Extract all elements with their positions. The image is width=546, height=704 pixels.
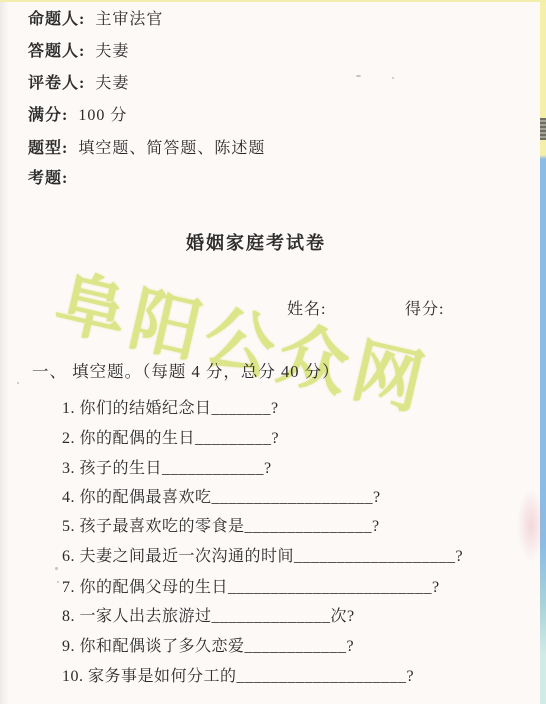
question-item-3: 3. 孩子的生日____________? [62, 455, 272, 478]
scanned-exam-page: 阜阳公众网 命题人:主审法官 答题人:夫妻 评卷人:夫妻 满分:100 分 题型… [0, 0, 546, 704]
scan-pink-smudge [517, 488, 545, 562]
question-item-4: 4. 你的配偶最喜欢吃___________________? [62, 484, 381, 507]
name-field-label: 姓名: [287, 296, 326, 319]
scan-speck [392, 77, 394, 79]
meta-row-setter: 命题人:主审法官 [28, 6, 163, 29]
meta-label: 评卷人: [28, 75, 85, 92]
meta-label: 题型: [28, 140, 68, 157]
meta-label: 命题人: [28, 11, 85, 28]
scan-speck [57, 581, 59, 583]
scan-left-shadow [0, 0, 9, 704]
meta-value: 100 分 [78, 107, 127, 124]
meta-row-exam-questions: 考题: [28, 165, 78, 188]
meta-label: 考题: [28, 170, 68, 187]
meta-row-answerer: 答题人:夫妻 [28, 38, 129, 61]
scan-speck [17, 382, 19, 384]
meta-value: 填空题、简答题、陈述题 [78, 140, 265, 157]
question-item-7: 7. 你的配偶父母的生日________________________? [62, 574, 440, 597]
meta-value: 夫妻 [95, 75, 129, 92]
meta-row-question-types: 题型:填空题、简答题、陈述题 [28, 135, 265, 158]
score-field-label: 得分: [405, 296, 444, 319]
question-item-9: 9. 你和配偶谈了多久恋爱____________? [62, 633, 354, 656]
question-item-1: 1. 你们的结婚纪念日_______? [62, 395, 279, 418]
scan-edge-top-strip [0, 0, 546, 2]
question-item-10: 10. 家务事是如何分工的____________________? [62, 663, 414, 686]
scan-speck [55, 567, 58, 570]
meta-value: 主审法官 [95, 11, 163, 28]
meta-row-full-score: 满分:100 分 [28, 102, 127, 125]
scan-dark-mark [540, 118, 546, 140]
meta-label: 满分: [28, 107, 68, 124]
meta-label: 答题人: [28, 43, 85, 60]
scan-edge-right-strip [540, 0, 546, 704]
section-heading: 一、 填空题。（每题 4 分，总分 40 分） [32, 358, 340, 382]
question-item-5: 5. 孩子最喜欢吃的零食是_______________? [62, 513, 380, 536]
meta-value: 夫妻 [95, 43, 129, 60]
question-item-8: 8. 一家人出去旅游过______________次? [62, 603, 355, 626]
scan-speck [356, 75, 361, 77]
page-title: 婚姻家庭考试卷 [0, 229, 512, 255]
meta-row-grader: 评卷人:夫妻 [28, 70, 129, 93]
question-item-6: 6. 夫妻之间最近一次沟通的时间___________________? [62, 543, 463, 566]
question-item-2: 2. 你的配偶的生日_________? [62, 425, 279, 448]
